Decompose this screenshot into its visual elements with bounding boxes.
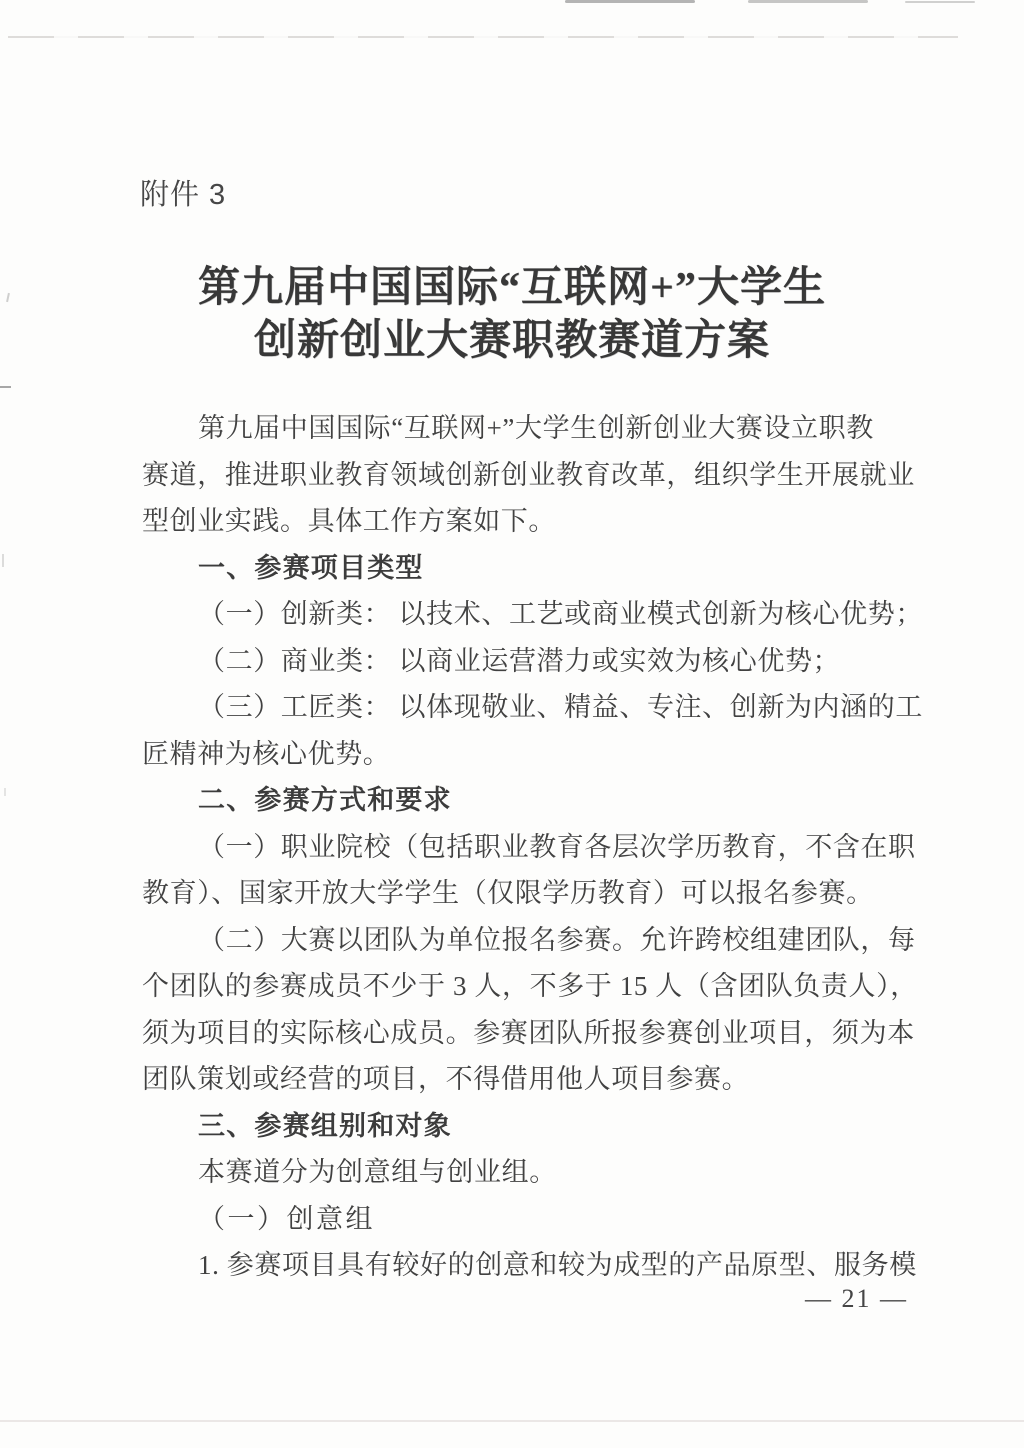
scan-artifact-left-edge [2,554,4,567]
scan-artifact-top-edge [748,0,868,3]
document-title-line-1: 第九届中国国际“互联网+”大学生 [0,262,1024,315]
text-line: 一、参赛项目类型 [142,545,932,592]
text-line: （二）商业类： 以商业运营潜力或实效为核心优势； [142,638,932,685]
text-line: 型创业实践。具体工作方案如下。 [142,498,932,545]
text-line: 教育）、国家开放大学学生（仅限学历教育）可以报名参赛。 [142,870,932,917]
scan-artifact-left-edge [0,386,11,388]
text-line: （一）创意组 [142,1196,932,1243]
scan-artifact-top-edge [905,1,975,3]
text-line: 二、参赛方式和要求 [142,777,932,824]
text-line: （一）创新类： 以技术、工艺或商业模式创新为核心优势； [142,591,932,638]
text-line: 本赛道分为创意组与创业组。 [142,1149,932,1196]
attachment-label: 附件 3 [140,179,226,211]
document-body: 第九届中国国际“互联网+”大学生创新创业大赛设立职教赛道，推进职业教育领域创新创… [142,405,932,1289]
text-line: （一）职业院校（包括职业教育各层次学历教育，不含在职 [142,824,932,871]
document-title: 第九届中国国际“互联网+”大学生 创新创业大赛职教赛道方案 [0,262,1024,368]
text-line: 赛道，推进职业教育领域创新创业教育改革，组织学生开展就业 [142,452,932,499]
scan-artifact-faint-line [0,1420,1024,1422]
text-line: 团队策划或经营的项目，不得借用他人项目参赛。 [142,1056,932,1103]
text-line: （二）大赛以团队为单位报名参赛。允许跨校组建团队，每 [142,917,932,964]
scanned-page: 附件 3 第九届中国国际“互联网+”大学生 创新创业大赛职教赛道方案 第九届中国… [0,0,1024,1448]
text-line: 个团队的参赛成员不少于 3 人，不多于 15 人（含团队负责人）， [142,963,932,1010]
text-line: 三、参赛组别和对象 [142,1103,932,1150]
text-line: 第九届中国国际“互联网+”大学生创新创业大赛设立职教 [142,405,932,452]
scan-artifact-top-edge [565,0,695,3]
text-line: 匠精神为核心优势。 [142,731,932,778]
document-title-line-2: 创新创业大赛职教赛道方案 [0,315,1024,368]
text-line: 须为项目的实际核心成员。参赛团队所报参赛创业项目，须为本 [142,1010,932,1057]
text-line: （三）工匠类： 以体现敬业、精益、专注、创新为内涵的工 [142,684,932,731]
page-number: — 21 — [805,1284,908,1314]
scan-artifact-faint-line [8,36,958,38]
text-line: 1. 参赛项目具有较好的创意和较为成型的产品原型、服务模 [142,1242,932,1289]
scan-artifact-left-edge [4,788,6,796]
